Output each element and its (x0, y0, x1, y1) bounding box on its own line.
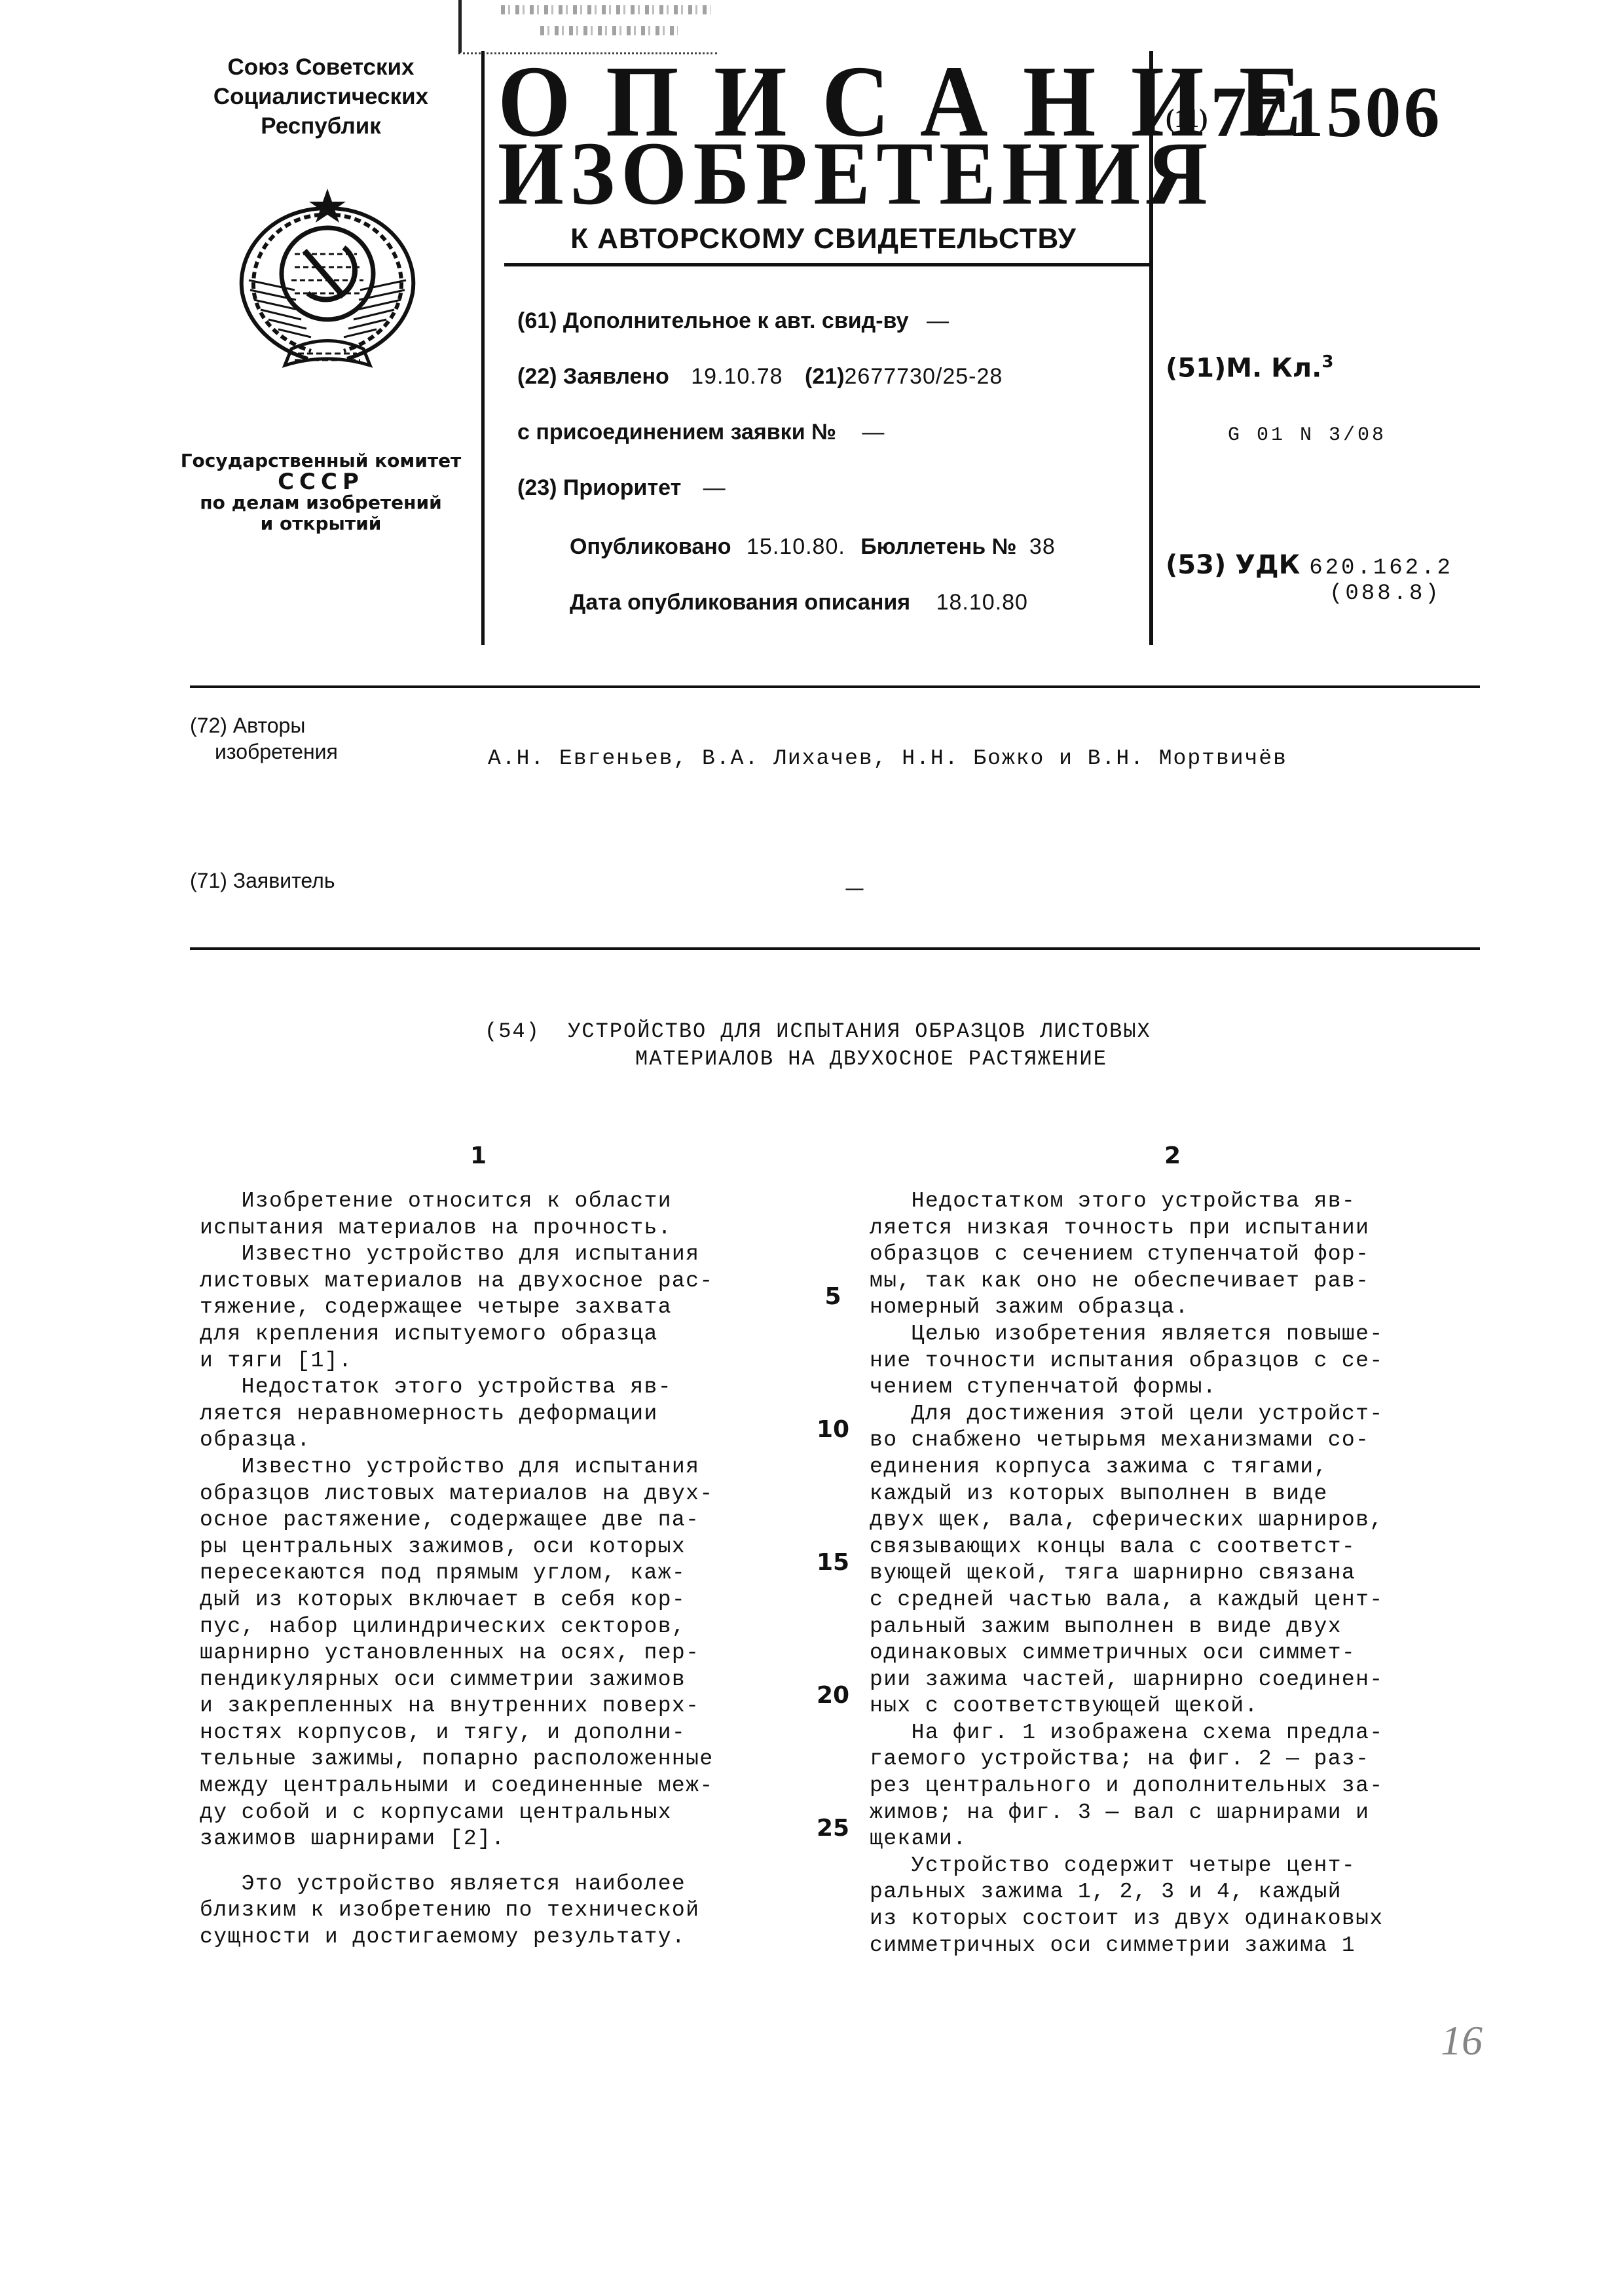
invention-title-line2: МАТЕРИАЛОВ НА ДВУХОСНОЕ РАСТЯЖЕНИЕ (485, 1046, 1323, 1073)
patent-number-value: 771506 (1210, 72, 1442, 152)
body-text-line: для крепления испытуемого образца (200, 1321, 714, 1348)
section-rule (190, 685, 1480, 688)
committee-line: СССР (170, 471, 471, 492)
udk-value: 620.162.2 (1309, 556, 1453, 581)
body-text-line: жимов; на фиг. 3 — вал с шарнирами и (870, 1800, 1384, 1827)
authors-list: А.Н. Евгеньев, В.А. Лихачев, Н.Н. Божко … (488, 746, 1287, 771)
field-value: 15.10.80. (747, 534, 845, 559)
invention-title-text: УСТРОЙСТВО ДЛЯ ИСПЫТАНИЯ ОБРАЗЦОВ ЛИСТОВ… (568, 1019, 1151, 1044)
body-text-line: чением ступенчатой формы. (870, 1374, 1384, 1401)
document-title-line2: ИЗОБРЕТЕНИЯ (498, 131, 1107, 216)
body-text-line: ры центральных зажимов, оси которых (200, 1534, 714, 1561)
body-text-line: тельные зажимы, попарно расположенные (200, 1746, 714, 1773)
ipc-label-text: (51)М. Кл. (1166, 353, 1321, 383)
invention-title-code: (54) (485, 1019, 540, 1044)
body-text-line: пендикулярных оси симметрии зажимов (200, 1667, 714, 1694)
applicant-label: (71) Заявитель (190, 867, 335, 894)
field-description-date: Дата опубликования описания 18.10.80 (570, 589, 1028, 615)
ussr-state-emblem-icon (223, 182, 432, 378)
body-text-line: Это устройство является наиболее (200, 1871, 714, 1898)
body-text-line: сущности и достигаемому результату. (200, 1924, 714, 1951)
body-text-line: с средней частью вала, а каждый цент- (870, 1587, 1384, 1614)
committee-line: по делам изобретений (170, 492, 471, 513)
body-text-line: симметричных оси симметрии зажима 1 (870, 1933, 1384, 1959)
line-number: 15 (807, 1549, 859, 1576)
stamp-noise (540, 26, 678, 35)
field-value: 2677730/25-28 (845, 364, 1003, 389)
invention-title: (54) УСТРОЙСТВО ДЛЯ ИСПЫТАНИЯ ОБРАЗЦОВ Л… (485, 1018, 1323, 1073)
column-number-left: 1 (470, 1142, 487, 1169)
body-text-line: ние точности испытания образцов с се- (870, 1348, 1384, 1375)
body-text-line: из которых состоит из двух одинаковых (870, 1906, 1384, 1933)
body-text-line: пересекаются под прямым углом, каж- (200, 1560, 714, 1587)
invention-title-line1: (54) УСТРОЙСТВО ДЛЯ ИСПЫТАНИЯ ОБРАЗЦОВ Л… (485, 1018, 1323, 1046)
field-label: (21) (805, 364, 844, 389)
section-rule (190, 947, 1480, 950)
body-text-line: Известно устройство для испытания (200, 1241, 714, 1268)
body-text-line: каждый из которых выполнен в виде (870, 1481, 1384, 1508)
line-number: 20 (807, 1682, 859, 1709)
field-label: (22) Заявлено (517, 364, 669, 389)
line-number: 5 (807, 1283, 859, 1310)
stamp-noise (501, 5, 710, 14)
field-value: — (927, 308, 949, 333)
body-text-line: листовых материалов на двухосное рас- (200, 1268, 714, 1295)
body-text-line: Изобретение относится к области (200, 1188, 714, 1215)
udk: (53) УДК 620.162.2 (1166, 550, 1453, 581)
authors-label-line: (72) Авторы (190, 712, 338, 738)
body-text-line: одинаковых симметричных оси симмет- (870, 1640, 1384, 1667)
body-text-line: образца. (200, 1427, 714, 1454)
field-value: — (703, 475, 726, 500)
body-text-line: ральных зажима 1, 2, 3 и 4, каждый (870, 1879, 1384, 1906)
column-number-right: 2 (1164, 1142, 1181, 1169)
body-text-line: ду собой и с корпусами центральных (200, 1800, 714, 1827)
issuer-line: Республик (170, 111, 471, 141)
ipc-value: G 01 N 3/08 (1228, 424, 1386, 446)
field-61: (61) Дополнительное к авт. свид-ву — (517, 308, 949, 334)
body-text-line: вующей щекой, тяга шарнирно связана (870, 1560, 1384, 1587)
ipc-edition: 3 (1321, 352, 1333, 372)
body-text-line: близким к изобретению по технической (200, 1897, 714, 1924)
body-text-line: Устройство содержит четыре цент- (870, 1853, 1384, 1880)
ipc-label: (51)М. Кл.3 (1166, 352, 1333, 383)
field-label: Дата опубликования описания (570, 590, 910, 615)
body-text-line: шарнирно установленных на осях, пер- (200, 1640, 714, 1667)
body-text-line: тяжение, содержащее четыре захвата (200, 1294, 714, 1321)
field-label: с присоединением заявки № (517, 420, 836, 445)
body-text-line: дый из которых включает в себя кор- (200, 1587, 714, 1614)
body-text-line: между центральными и соединенные меж- (200, 1773, 714, 1800)
body-text-line: гаемого устройства; на фиг. 2 — раз- (870, 1746, 1384, 1773)
udk-label: (53) УДК (1166, 550, 1300, 580)
applicant-value: — (845, 877, 864, 900)
field-joined-application: с присоединением заявки № — (517, 419, 884, 445)
body-text-line: пус, набор цилиндрических секторов, (200, 1614, 714, 1641)
body-text-line: образцов листовых материалов на двух- (200, 1481, 714, 1508)
body-text-line: осное растяжение, содержащее две па- (200, 1507, 714, 1534)
handwritten-margin-note: 16 (1441, 2016, 1483, 2065)
body-text-line: мы, так как оно не обеспечивает рав- (870, 1268, 1384, 1295)
field-22-21: (22) Заявлено 19.10.78 (21)2677730/25-28 (517, 363, 1003, 390)
body-text-line: На фиг. 1 изображена схема предла- (870, 1720, 1384, 1747)
patent-number: (11) 771506 (1166, 71, 1442, 154)
document-subtitle: К АВТОРСКОМУ СВИДЕТЕЛЬСТВУ (501, 223, 1146, 255)
body-text-line: двух щек, вала, сферических шарниров, (870, 1507, 1384, 1534)
body-text-line: ностях корпусов, и тягу, и дополни- (200, 1720, 714, 1747)
body-text-line: во снабжено четырьмя механизмами со- (870, 1427, 1384, 1454)
committee-name: Государственный комитет СССР по делам из… (170, 450, 471, 534)
subtitle-rule (504, 263, 1149, 266)
issuer-line: Союз Советских (170, 52, 471, 82)
body-column-left: Изобретение относится к областииспытания… (200, 1188, 714, 1951)
field-label: Бюллетень № (860, 534, 1016, 559)
body-text-line: испытания материалов на прочность. (200, 1215, 714, 1242)
body-text-line: единения корпуса зажима с тягами, (870, 1454, 1384, 1481)
authors-label: (72) Авторы изобретения (190, 712, 338, 765)
body-text-line: ляется низкая точность при испытании (870, 1215, 1384, 1242)
field-value: — (862, 420, 884, 445)
patent-number-code: (11) (1166, 103, 1208, 133)
issuer-name: Союз Советских Социалистических Республи… (170, 52, 471, 141)
field-value: 38 (1029, 534, 1056, 559)
field-value: 19.10.78 (691, 364, 783, 389)
field-value: 18.10.80 (936, 590, 1028, 615)
body-text-line: рии зажима частей, шарнирно соединен- (870, 1667, 1384, 1694)
body-text-line: и закрепленных на внутренних поверх- (200, 1693, 714, 1720)
body-text-line: ных с соответствующей щекой. (870, 1693, 1384, 1720)
body-text-line: Недостатком этого устройства яв- (870, 1188, 1384, 1215)
body-text-line: зажимов шарнирами [2]. (200, 1826, 714, 1853)
body-text-line: Для достижения этой цели устройст- (870, 1401, 1384, 1428)
committee-line: и открытий (170, 513, 471, 534)
field-published: Опубликовано 15.10.80. Бюллетень № 38 (570, 534, 1056, 560)
body-text-line: номерный зажим образца. (870, 1294, 1384, 1321)
body-text-line: ляется неравномерность деформации (200, 1401, 714, 1428)
body-text-line (200, 1853, 714, 1871)
field-label: (23) Приоритет (517, 475, 681, 500)
body-text-line: образцов с сечением ступенчатой фор- (870, 1241, 1384, 1268)
body-text-line: связывающих концы вала с соответст- (870, 1534, 1384, 1561)
field-23: (23) Приоритет — (517, 475, 726, 501)
body-text-line: ральный зажим выполнен в виде двух (870, 1614, 1384, 1641)
body-text-line: и тяги [1]. (200, 1348, 714, 1375)
field-label: Опубликовано (570, 534, 731, 559)
body-text-line: Целью изобретения является повыше- (870, 1321, 1384, 1348)
body-text-line: щеками. (870, 1826, 1384, 1853)
udk-value-line2: (088.8) (1329, 581, 1441, 606)
body-text-line: рез центрального и дополнительных за- (870, 1773, 1384, 1800)
line-number: 10 (807, 1416, 859, 1443)
body-text-line: Известно устройство для испытания (200, 1454, 714, 1481)
line-number: 25 (807, 1815, 859, 1842)
issuer-line: Социалистических (170, 82, 471, 111)
body-column-right: Недостатком этого устройства яв-ляется н… (870, 1188, 1384, 1959)
vertical-divider (481, 51, 485, 645)
body-text-line: Недостаток этого устройства яв- (200, 1374, 714, 1401)
field-label: (61) Дополнительное к авт. свид-ву (517, 308, 909, 333)
authors-label-line: изобретения (190, 738, 338, 765)
